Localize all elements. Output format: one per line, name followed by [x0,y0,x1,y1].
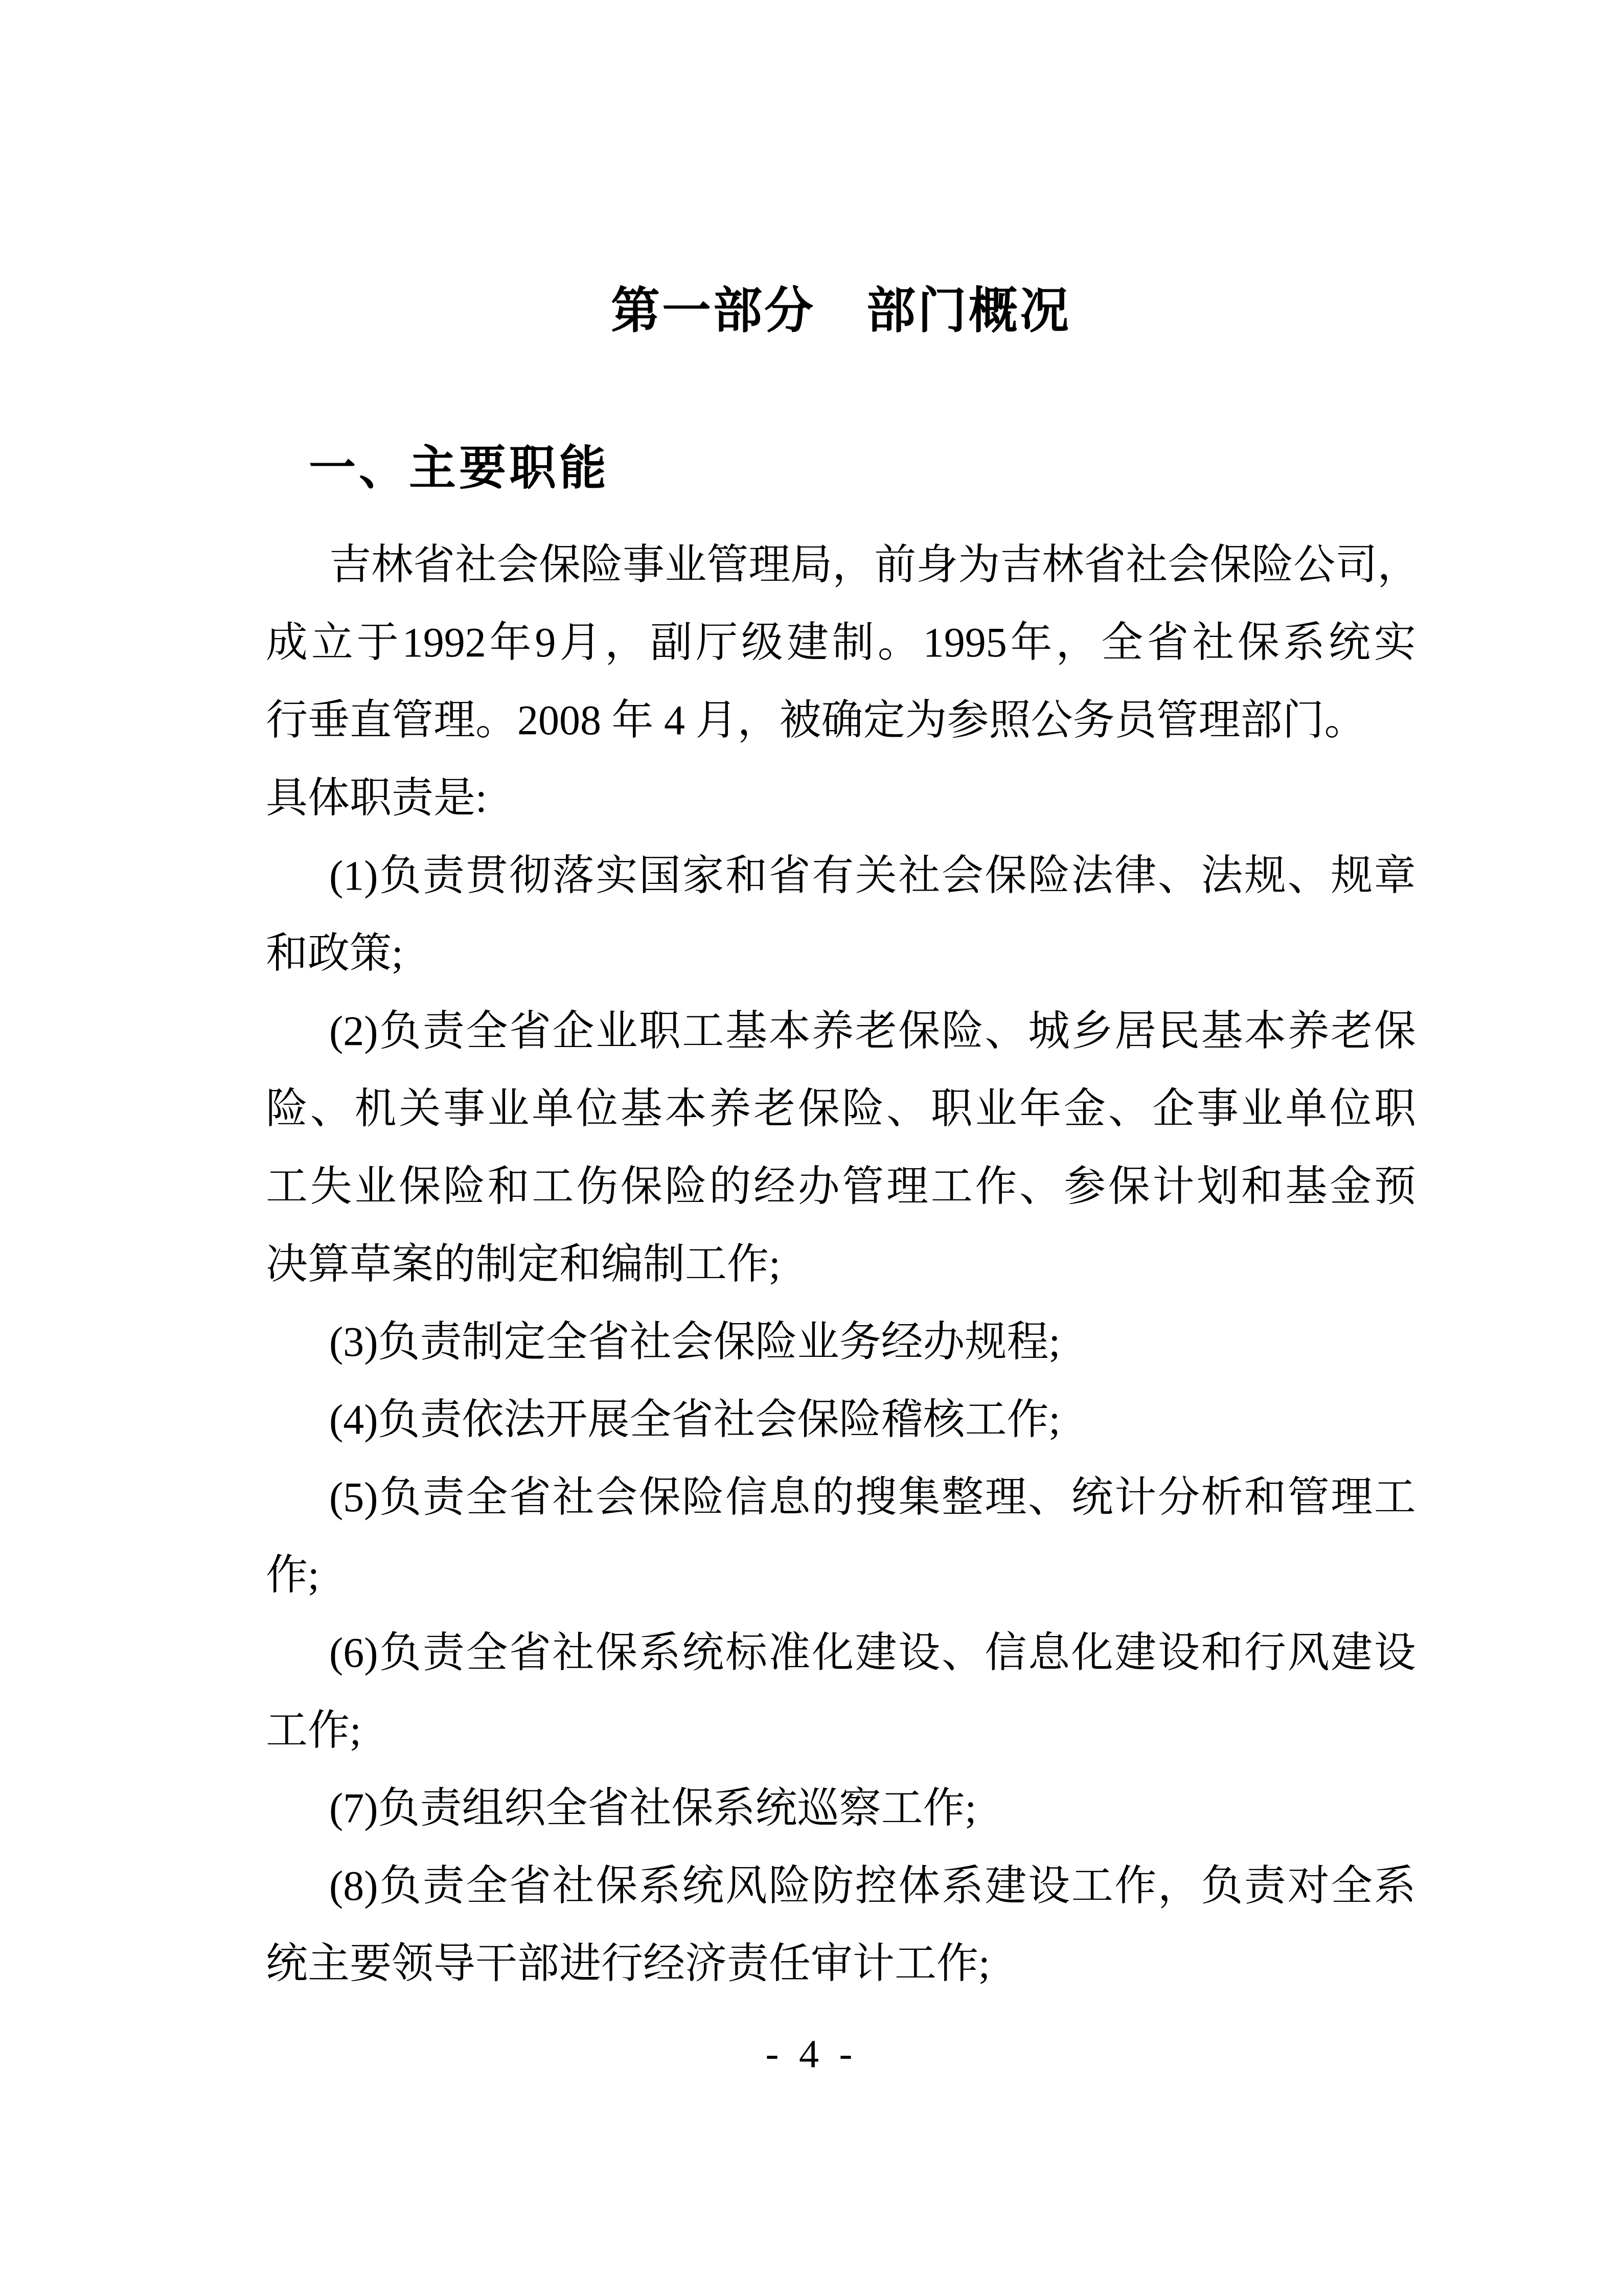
text-token: 全 [466,992,508,1070]
text-token: 事 [443,1070,485,1148]
document-page: 第一部分 部门概况 一、主要职能 吉林省社会保险事业管理局，前身为吉林省社会保险… [0,0,1623,2296]
text-token: 责 [423,837,465,915]
text-token: 省 [1084,526,1126,604]
text-token: 作 [1114,1847,1156,1925]
text-token: 、 [985,992,1027,1070]
text-token: 老 [855,992,897,1070]
text-token: 省 [509,1847,551,1925]
text-token: ， [605,604,647,681]
text-token: 设 [898,1614,940,1692]
text-token: 会 [497,526,539,604]
text-token: 业 [1241,1070,1283,1148]
text-token: 经 [753,1148,795,1225]
paragraph-line: 工作; [266,1692,1416,1769]
text-token: 险 [682,1459,724,1536]
text-token: 险 [769,1847,811,1925]
page-number: - 4 - [0,2031,1623,2077]
paragraph-line: 决算草案的制定和编制工作; [266,1225,1416,1303]
text-token: 保 [539,526,581,604]
text-token: 位 [576,1070,618,1148]
text-token: 省 [1147,604,1188,681]
text-token: (8) [329,1847,378,1925]
text-token: 关 [399,1070,441,1148]
text-token: 律 [1114,837,1156,915]
text-token: 规 [1331,837,1373,915]
text-token: 企 [1152,1070,1194,1148]
text-token: 养 [1288,992,1330,1070]
text-token: (1) [329,837,378,915]
text-token: 省 [769,837,811,915]
text-token: 业 [488,1070,530,1148]
text-token: 本 [769,992,811,1070]
text-token: 职 [931,1070,973,1148]
text-token: 分 [1158,1459,1200,1536]
text-token: 的 [709,1148,751,1225]
text-token: 设 [1028,1847,1070,1925]
text-token: 负 [379,992,421,1070]
text-token: 实 [596,837,637,915]
text-token: 林 [1042,526,1084,604]
text-token: 吉 [329,526,371,604]
text-token: 统 [1329,604,1370,681]
text-token: 保 [1108,1148,1150,1225]
text-token: 析 [1201,1459,1243,1536]
text-token: 本 [1244,992,1286,1070]
text-token: 养 [709,1070,751,1148]
text-token: 负 [379,1614,421,1692]
text-token: 保 [898,992,940,1070]
text-token: 基 [621,1070,662,1148]
text-token: 整 [942,1459,984,1536]
paragraph-line: (5)负责全省社会保险信息的搜集整理、统计分析和管理工 [266,1459,1416,1536]
text-token: 险 [942,992,984,1070]
text-token: 设 [1158,1614,1200,1692]
text-token: 保 [1238,604,1279,681]
paragraph-line: (3)负责制定全省社会保险业务经办规程; [266,1303,1416,1381]
text-token: 系 [942,1847,984,1925]
text-token: 全 [466,1614,508,1692]
text-token: 工 [931,1148,973,1225]
text-token: 失 [310,1148,352,1225]
text-token: 工 [532,1148,574,1225]
text-token: 省 [509,1614,551,1692]
text-token: 系 [1283,604,1325,681]
text-token: 民 [1158,992,1200,1070]
text-token: 业 [354,1148,396,1225]
text-token: 单 [532,1070,574,1148]
text-token: 全 [1331,1847,1373,1925]
text-token: 保 [639,1459,681,1536]
text-token: 年 [1019,1070,1061,1148]
text-token: 责 [423,1459,465,1536]
text-token: 集 [898,1459,940,1536]
text-token: 社 [553,1614,595,1692]
text-token: 社 [898,837,940,915]
text-token: 责 [1244,1847,1286,1925]
text-token: 法 [1071,837,1113,915]
text-token: 预 [1374,1148,1416,1225]
text-token: 省 [509,992,551,1070]
text-token: 老 [753,1070,795,1148]
text-token: ， [1377,526,1419,604]
text-token: 企 [553,992,595,1070]
text-token: 基 [1286,1148,1328,1225]
text-token: 设 [1374,1614,1416,1692]
text-token: 理 [748,526,790,604]
text-token: 理 [985,1459,1027,1536]
text-token: 办 [798,1148,840,1225]
text-token: 家 [682,837,724,915]
body-text: 吉林省社会保险事业管理局，前身为吉林省社会保险公司，成立于1992年9月，副厅级… [266,526,1416,2003]
text-token: 建 [1331,1614,1373,1692]
text-token: 、 [310,1070,352,1148]
text-token: 险 [581,526,623,604]
text-token: 、 [886,1070,928,1148]
text-token: 计 [1114,1459,1156,1536]
text-token: 险 [1028,837,1070,915]
page-title: 第一部分 部门概况 [266,280,1416,342]
text-token: 险 [665,1148,706,1225]
text-token: 搜 [855,1459,897,1536]
text-token: 信 [985,1614,1027,1692]
text-token: 参 [1064,1148,1106,1225]
text-token: 业 [596,992,637,1070]
text-token: 行 [1244,1614,1286,1692]
text-token: 位 [1330,1070,1371,1148]
text-token: 年 [490,604,532,681]
text-token: 和 [1201,1614,1243,1692]
text-token: 会 [1168,526,1209,604]
text-token: 保 [596,1847,637,1925]
text-token: 全 [466,1847,508,1925]
text-token: 社 [553,1459,595,1536]
text-token: 工 [682,992,724,1070]
paragraph-line: (7)负责组织全省社保系统巡察工作; [266,1769,1416,1847]
text-token: 局 [790,526,832,604]
text-token: 为 [958,526,1000,604]
text-token: 司 [1335,526,1377,604]
text-token: 实 [1374,604,1416,681]
text-token: 身 [916,526,958,604]
paragraph-line: 和政策; [266,915,1416,992]
text-token: 机 [354,1070,396,1148]
text-token: 息 [769,1459,811,1536]
paragraph-line: (8)负责全省社保系统风险防控体系建设工作，负责对全系 [266,1847,1416,1925]
text-token: 责 [423,992,465,1070]
text-token: 国 [639,837,681,915]
paragraph-line: (4)负责依法开展全省社会保险稽核工作; [266,1381,1416,1459]
text-token: 吉 [1000,526,1042,604]
text-token: 业 [975,1070,1017,1148]
text-token: 风 [1288,1614,1330,1692]
text-token: 乡 [1071,992,1113,1070]
text-token: 和 [1241,1148,1283,1225]
text-token: 统 [682,1614,724,1692]
text-token: 养 [812,992,854,1070]
text-token: 保 [798,1070,840,1148]
text-token: 职 [1374,1070,1416,1148]
text-token: 有 [812,837,854,915]
paragraph-line: 具体职责是: [266,759,1416,837]
paragraph-line: 作; [266,1536,1416,1614]
text-token: 成 [266,604,308,681]
text-token: 建 [787,604,829,681]
text-token: 和 [725,837,767,915]
text-token: 基 [1201,992,1243,1070]
text-token: 章 [1374,837,1416,915]
text-token: 1995 [923,604,1007,681]
text-token: 息 [1028,1614,1070,1692]
text-token: 负 [379,1847,421,1925]
text-token: 标 [725,1614,767,1692]
text-token: 管 [706,526,748,604]
text-token: 负 [379,837,421,915]
text-token: 建 [855,1614,897,1692]
text-token: 省 [509,1459,551,1536]
text-token: 落 [553,837,595,915]
text-token: 对 [1288,1847,1330,1925]
text-token: 林 [371,526,413,604]
text-token: 责 [423,1847,465,1925]
text-token: 贯 [466,837,508,915]
paragraph-line: 险、机关事业单位基本养老保险、职业年金、企事业单位职 [266,1070,1416,1148]
text-token: 前 [874,526,916,604]
text-token: 职 [639,992,681,1070]
text-token: 系 [639,1847,681,1925]
text-token: 、 [1028,1459,1070,1536]
text-token: 信 [725,1459,767,1536]
text-token: 保 [621,1148,662,1225]
text-token: 工 [1374,1459,1416,1536]
text-token: 本 [665,1070,706,1148]
text-token: 险 [443,1148,485,1225]
text-token: 体 [898,1847,940,1925]
text-token: 和 [1244,1459,1286,1536]
text-token: 工 [266,1148,308,1225]
text-token: 控 [855,1847,897,1925]
text-token: 统 [1071,1459,1113,1536]
text-token: 级 [741,604,783,681]
paragraph-line: (1)负责贯彻落实国家和省有关社会保险法律、法规、规章 [266,837,1416,915]
text-token: 。 [878,604,920,681]
text-token: 化 [1071,1614,1113,1692]
text-token: 厅 [696,604,738,681]
text-token: 和 [488,1148,530,1225]
text-token: 建 [985,1847,1027,1925]
text-token: 系 [1374,1847,1416,1925]
text-token: 社 [455,526,497,604]
text-token: 9 [535,604,556,681]
text-token: 公 [1293,526,1335,604]
text-token: 全 [466,1459,508,1536]
text-token: 理 [1331,1459,1373,1536]
text-token: 于 [357,604,399,681]
text-token: 老 [1331,992,1373,1070]
text-token: 、 [1019,1148,1061,1225]
text-token: 关 [855,837,897,915]
text-token: 计 [1152,1148,1194,1225]
paragraph-line: (2)负责全省企业职工基本养老保险、城乡居民基本养老保 [266,992,1416,1070]
section-heading: 一、主要职能 [309,438,609,499]
text-token: 系 [639,1614,681,1692]
text-token: 全 [1101,604,1143,681]
text-token: 立 [311,604,353,681]
text-token: 、 [1108,1070,1150,1148]
text-token: 的 [812,1459,854,1536]
paragraph-line: 成立于1992年9月，副厅级建制。1995年，全省社保系统实 [266,604,1416,681]
text-token: 年 [1011,604,1053,681]
paragraph-line: (6)负责全省社保系统标准化建设、信息化建设和行风建设 [266,1614,1416,1692]
text-token: 化 [812,1614,854,1692]
text-token: ， [832,526,874,604]
text-token: 险 [266,1070,308,1148]
text-token: 负 [379,1459,421,1536]
text-token: 工 [1071,1847,1113,1925]
text-token: 保 [399,1148,441,1225]
text-token: 金 [1064,1070,1106,1148]
text-token: 金 [1330,1148,1371,1225]
text-token: 建 [1114,1614,1156,1692]
text-token: 管 [842,1148,884,1225]
text-token: 、 [1288,837,1330,915]
text-token: 准 [769,1614,811,1692]
text-token: 月 [559,604,601,681]
text-token: 伤 [576,1148,618,1225]
text-token: 社 [1126,526,1168,604]
text-token: 保 [985,837,1027,915]
text-token: 规 [1244,837,1286,915]
text-token: 险 [842,1070,884,1148]
text-token: 事 [1197,1070,1239,1148]
text-token: ， [1158,1847,1200,1925]
text-token: 城 [1028,992,1070,1070]
text-token: 作 [975,1148,1017,1225]
text-token: 省 [413,526,455,604]
text-token: 会 [596,1459,637,1536]
text-token: 社 [553,1847,595,1925]
text-token: 法 [1201,837,1243,915]
paragraph-line: 工失业保险和工伤保险的经办管理工作、参保计划和基金预 [266,1148,1416,1225]
text-token: 负 [1201,1847,1243,1925]
paragraph-line: 吉林省社会保险事业管理局，前身为吉林省社会保险公司， [266,526,1416,604]
text-token: 副 [650,604,692,681]
text-token: 彻 [509,837,551,915]
text-token: 、 [942,1614,984,1692]
text-token: ， [1056,604,1098,681]
text-token: 管 [1288,1459,1330,1536]
text-token: 1992 [402,604,486,681]
text-token: 基 [725,992,767,1070]
text-token: 事 [623,526,665,604]
text-token: 制 [832,604,874,681]
text-token: 居 [1114,992,1156,1070]
text-token: 统 [682,1847,724,1925]
text-token: 保 [596,1614,637,1692]
text-token: 理 [886,1148,928,1225]
text-token: 责 [423,1614,465,1692]
text-token: 单 [1286,1070,1328,1148]
text-token: (6) [329,1614,378,1692]
text-token: 保 [1374,992,1416,1070]
text-token: (2) [329,992,378,1070]
text-token: 业 [665,526,706,604]
text-token: 风 [725,1847,767,1925]
text-token: 划 [1197,1148,1239,1225]
text-token: 险 [1251,526,1293,604]
text-token: (5) [329,1459,378,1536]
paragraph-line: 统主要领导干部进行经济责任审计工作; [266,1925,1416,2003]
text-token: 防 [812,1847,854,1925]
paragraph-line: 行垂直管理。2008 年 4 月，被确定为参照公务员管理部门。 [266,681,1416,759]
text-token: 会 [942,837,984,915]
text-token: 社 [1192,604,1234,681]
text-token: 、 [1158,837,1200,915]
text-token: 保 [1209,526,1251,604]
